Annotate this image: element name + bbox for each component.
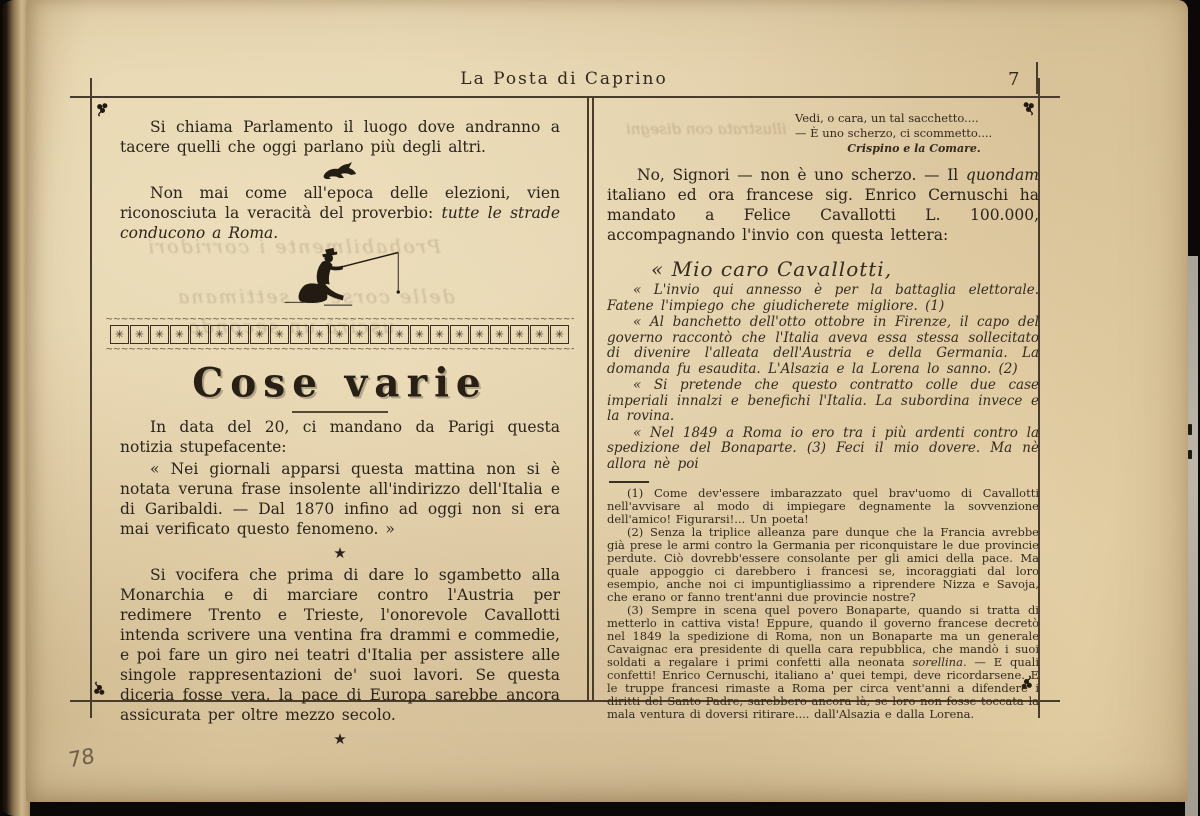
fisherman-illustration <box>271 245 409 307</box>
flower-cell: ✳ <box>250 325 269 344</box>
column-divider-rule <box>587 97 589 700</box>
paragraph-parlamento: Si chiama Parlamento il luogo dove andra… <box>120 117 560 157</box>
clover-ornament <box>95 102 110 117</box>
title-underline-rule <box>292 411 388 413</box>
left-column: Si chiama Parlamento il luogo dove andra… <box>120 97 560 751</box>
wave-rule: ~~~~~~~~~~~~~~~~~~~~~~~~~~~~~~~~~~~~~~~~… <box>106 315 574 324</box>
paragraph-intro-text: No, Signori — non è uno scherzo. — Il <box>637 166 966 184</box>
flower-cell: ✳ <box>410 325 429 344</box>
footnote-1: (1) Come dev'essere imbarazzato quel bra… <box>607 487 1039 526</box>
page-number: 7 <box>1008 69 1019 90</box>
flower-cell: ✳ <box>470 325 489 344</box>
footnote-3: (3) Sempre in scena quel povero Bonapart… <box>607 604 1039 721</box>
page-edge-mark <box>1188 450 1192 459</box>
paragraph-intro-text: italiano ed ora francese sig. Enrico Cer… <box>607 186 1039 244</box>
epigraph: Vedi, o cara, un tal sacchetto.... — È u… <box>795 111 1033 156</box>
flower-cell: ✳ <box>550 325 569 344</box>
epigraph-line: Vedi, o cara, un tal sacchetto.... <box>795 111 1033 126</box>
footnote-2: (2) Senza la triplice alleanza pare dunq… <box>607 526 1039 604</box>
newspaper-page: Probabilmente i corridori delle corse in… <box>26 0 1188 802</box>
paragraph-intro: No, Signori — non è uno scherzo. — Il qu… <box>607 165 1039 245</box>
flower-cell: ✳ <box>170 325 189 344</box>
flower-cell: ✳ <box>270 325 289 344</box>
flower-cell: ✳ <box>510 325 529 344</box>
page-title: La Posta di Caprino <box>70 69 1058 89</box>
flower-cell: ✳ <box>330 325 349 344</box>
letter-salutation: « Mio caro Cavallotti, <box>651 257 1039 281</box>
letter-paragraph: « Si pretende che questo contratto colle… <box>607 378 1039 425</box>
footnote-separator-rule <box>609 481 649 483</box>
letter-paragraph: « Nel 1849 a Roma io ero tra i più arden… <box>607 426 1039 473</box>
flower-cell: ✳ <box>450 325 469 344</box>
star-divider: ★ <box>120 544 560 562</box>
flower-cell: ✳ <box>190 325 209 344</box>
flower-cell: ✳ <box>530 325 549 344</box>
section-title: Cose varie <box>120 359 560 407</box>
flower-cell: ✳ <box>290 325 309 344</box>
page-edge-mark <box>1188 424 1192 435</box>
hare-icon <box>321 161 359 181</box>
paragraph-parigi: In data del 20, ci mandano da Parigi que… <box>120 417 560 457</box>
flower-cell: ✳ <box>110 325 129 344</box>
epigraph-attribution: Crispino e la Comare. <box>795 141 1033 156</box>
flower-cell: ✳ <box>210 325 229 344</box>
footnote-3-sorellina: sorellina <box>913 655 963 669</box>
handwritten-page-number: 78 <box>67 744 95 773</box>
clover-ornament <box>92 681 107 696</box>
letter-paragraph: « Al banchetto dell'otto ottobre in Fire… <box>607 315 1039 377</box>
paragraph-intro-quondam: quondam <box>966 166 1039 184</box>
epigraph-line: — È uno scherzo, ci scommetto.... <box>795 126 1033 141</box>
flower-cell: ✳ <box>130 325 149 344</box>
flower-cell: ✳ <box>390 325 409 344</box>
paragraph-vocifera: Si vocifera che prima di dare lo sgambet… <box>120 565 560 725</box>
wave-rule: ~~~~~~~~~~~~~~~~~~~~~~~~~~~~~~~~~~~~~~~~… <box>106 345 574 354</box>
decorative-border: ~~~~~~~~~~~~~~~~~~~~~~~~~~~~~~~~~~~~~~~~… <box>106 315 574 354</box>
flower-cell: ✳ <box>490 325 509 344</box>
frame-left-rule <box>90 78 92 718</box>
flower-cell: ✳ <box>230 325 249 344</box>
column-divider-rule <box>592 97 594 700</box>
ornament-border-cells: ✳✳✳✳✳✳✳✳✳✳✳✳✳✳✳✳✳✳✳✳✳✳✳ <box>106 325 574 344</box>
flower-cell: ✳ <box>350 325 369 344</box>
letter-paragraph: « L'invio qui annesso è per la battaglia… <box>607 283 1039 314</box>
flower-cell: ✳ <box>430 325 449 344</box>
paragraph-giornali: « Nei giornali apparsi questa mattina no… <box>120 459 560 539</box>
star-divider: ★ <box>120 730 560 748</box>
right-column: Vedi, o cara, un tal sacchetto.... — È u… <box>607 97 1039 721</box>
flower-cell: ✳ <box>150 325 169 344</box>
flower-cell: ✳ <box>310 325 329 344</box>
flower-cell: ✳ <box>370 325 389 344</box>
paragraph-elezioni: Non mai come all'epoca delle elezioni, v… <box>120 183 560 243</box>
